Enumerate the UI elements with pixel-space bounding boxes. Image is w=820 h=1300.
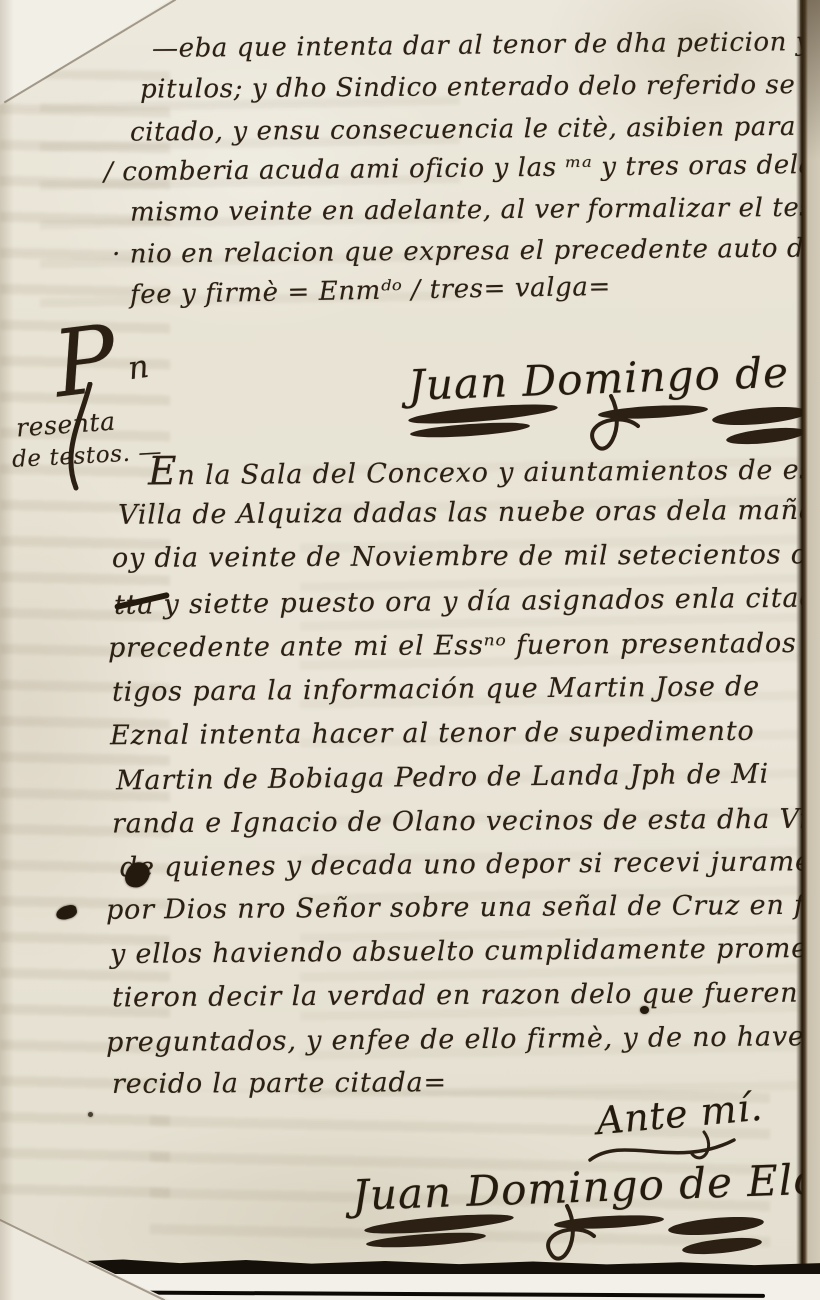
manuscript-line: y ellos haviendo absuelto cumplidamente … xyxy=(110,933,808,970)
ink-blot xyxy=(55,904,79,922)
manuscript-line: · nio en relacion que expresa el precede… xyxy=(112,232,820,269)
manuscript-line: fee y firmè = Enmᵈᵒ / tres= valga= xyxy=(130,272,611,310)
ink-blot xyxy=(640,1006,649,1014)
manuscript-line: pitulos; y dho Sindico enterado delo ref… xyxy=(140,69,820,104)
margin-note-line: de testos. — xyxy=(11,439,162,473)
left-edge-shading xyxy=(0,0,14,1300)
manuscript-line: tieron decir la verdad en razon delo que… xyxy=(112,978,799,1014)
manuscript-line: En la Sala del Concexo y aiuntamientos d… xyxy=(148,443,820,495)
manuscript-line: por Dios nro Señor sobre una señal de Cr… xyxy=(106,889,820,925)
manuscript-line: precedente ante mi el Essⁿᵒ fueron prese… xyxy=(108,627,820,664)
manuscript-line: de quienes y decada uno depor si recevi … xyxy=(120,846,820,883)
manuscript-line: preguntados, y enfee de ello firmè, y de… xyxy=(106,1021,820,1059)
manuscript-line: tigos para la información que Martin Jos… xyxy=(112,671,760,708)
manuscript-line: Eznal intenta hacer al tenor de supedime… xyxy=(110,716,755,751)
manuscript-line: tta y siette puesto ora y día asignados … xyxy=(114,582,820,621)
manuscript-line: recido la parte citada= xyxy=(112,1067,447,1100)
manuscript-line: Villa de Alquiza dadas las nuebe oras de… xyxy=(118,494,820,530)
manuscript-line: mismo veinte en adelante, al ver formali… xyxy=(130,192,820,227)
manuscript-line: citado, y ensu consecuencia le citè, asi… xyxy=(130,110,820,147)
manuscript-line: —eba que intenta dar al tenor de dha pet… xyxy=(152,26,820,64)
ink-blot xyxy=(88,1112,93,1117)
manuscript-line: / comberia acuda ami oficio y las ᵐᵃ y t… xyxy=(104,149,820,188)
margin-superscript: n xyxy=(125,347,151,388)
manuscript-line: randa e Ignacio de Olano vecinos de esta… xyxy=(112,803,820,839)
manuscript-page: —eba que intenta dar al tenor de dha pet… xyxy=(0,0,820,1300)
page-gutter-shadow xyxy=(800,0,820,160)
page-gutter-edge xyxy=(796,0,820,1300)
manuscript-line: oy dia veinte de Noviembre de mil seteci… xyxy=(112,539,820,574)
manuscript-line: Martin de Bobiaga Pedro de Landa Jph de … xyxy=(116,759,769,797)
